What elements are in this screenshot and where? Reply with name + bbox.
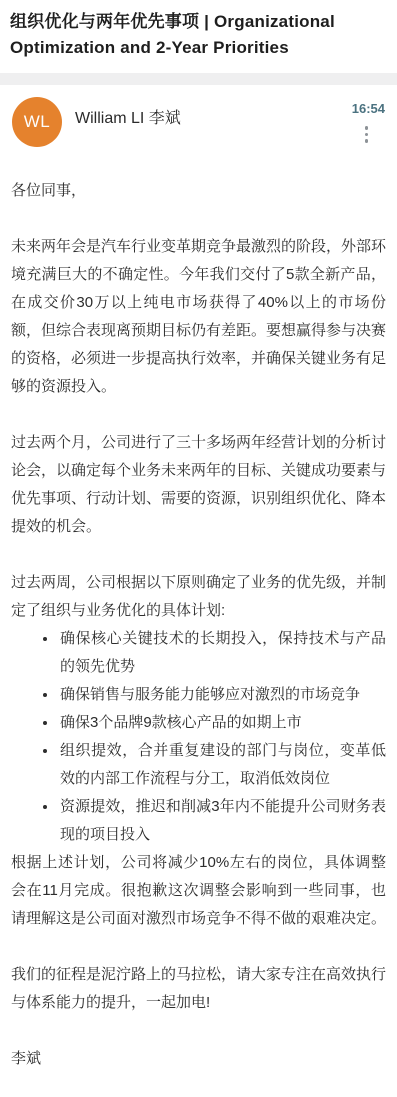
priority-list: 确保核心关键技术的长期投入，保持技术与产品的领先优势 确保销售与服务能力能够应对… bbox=[11, 625, 386, 849]
section-divider bbox=[0, 73, 397, 85]
avatar[interactable]: WL bbox=[12, 97, 62, 147]
bullet-item: 组织提效，合并重复建设的部门与岗位，变革低效的内部工作流程与分工，取消低效岗位 bbox=[58, 737, 386, 793]
paragraph: 根据上述计划，公司将减少10%左右的岗位，具体调整会在11月完成。很抱歉这次调整… bbox=[11, 849, 386, 933]
bullet-item: 确保3个品牌9款核心产品的如期上市 bbox=[58, 709, 386, 737]
message-meta: 16:54 bbox=[352, 97, 385, 145]
kebab-dot-icon bbox=[365, 126, 369, 130]
email-subject: 组织优化与两年优先事项 | Organizational Optimizatio… bbox=[0, 0, 397, 73]
signature: 李斌 bbox=[11, 1045, 386, 1073]
bullet-item: 确保核心关键技术的长期投入，保持技术与产品的领先优势 bbox=[58, 625, 386, 681]
paragraph: 我们的征程是泥泞路上的马拉松，请大家专注在高效执行与体系能力的提升，一起加电! bbox=[11, 961, 386, 1017]
bullet-item: 确保销售与服务能力能够应对激烈的市场竞争 bbox=[58, 681, 386, 709]
more-options-button[interactable] bbox=[363, 124, 371, 145]
sender-row: WL William LI 李斌 16:54 bbox=[0, 85, 397, 159]
kebab-dot-icon bbox=[365, 133, 369, 137]
email-view: 组织优化与两年优先事项 | Organizational Optimizatio… bbox=[0, 0, 397, 1097]
greeting: 各位同事， bbox=[11, 177, 386, 205]
paragraph: 过去两周，公司根据以下原则确定了业务的优先级，并制定了组织与业务优化的具体计划: bbox=[11, 569, 386, 625]
timestamp: 16:54 bbox=[352, 101, 385, 116]
email-body: 各位同事， 未来两年会是汽车行业变革期竞争最激烈的阶段，外部环境充满巨大的不确定… bbox=[0, 159, 397, 1097]
kebab-dot-icon bbox=[365, 139, 369, 143]
bullet-item: 资源提效，推迟和削减3年内不能提升公司财务表现的项目投入 bbox=[58, 793, 386, 849]
sender-name[interactable]: William LI 李斌 bbox=[62, 97, 352, 128]
paragraph: 未来两年会是汽车行业变革期竞争最激烈的阶段，外部环境充满巨大的不确定性。今年我们… bbox=[11, 233, 386, 401]
paragraph: 过去两个月，公司进行了三十多场两年经营计划的分析讨论会，以确定每个业务未来两年的… bbox=[11, 429, 386, 541]
